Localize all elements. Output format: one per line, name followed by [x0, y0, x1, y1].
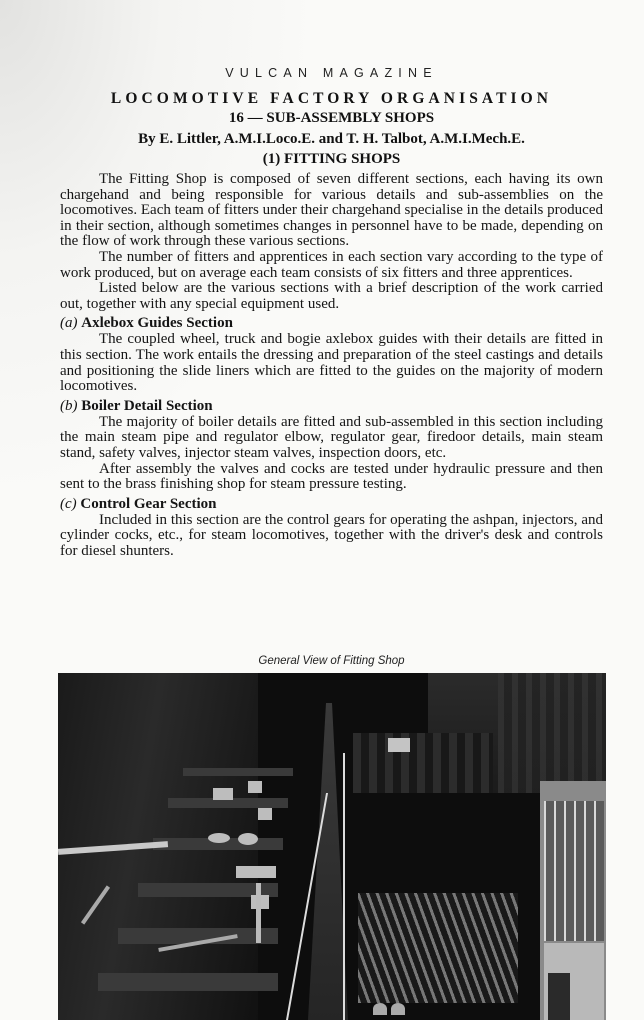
article-body: The Fitting Shop is composed of seven di… — [60, 172, 603, 559]
article-byline: By E. Littler, A.M.I.Loco.E. and T. H. T… — [60, 131, 603, 148]
subsection-name: Axlebox Guides Section — [81, 315, 233, 331]
subsection-heading-control-gear: (c) Control Gear Section — [60, 496, 603, 512]
figure-caption: General View of Fitting Shop — [60, 655, 603, 667]
subsection-paragraph: Included in this section are the control… — [60, 513, 603, 560]
section-heading: (1) FITTING SHOPS — [60, 151, 603, 168]
subsection-heading-axlebox: (a) Axlebox Guides Section — [60, 315, 603, 331]
subsection-letter: (b) — [60, 398, 78, 414]
subsection-paragraph: The coupled wheel, truck and bogie axleb… — [60, 332, 603, 394]
subsection-name: Control Gear Section — [80, 496, 216, 512]
subsection-paragraph: The majority of boiler details are fitte… — [60, 415, 603, 462]
intro-paragraph: The Fitting Shop is composed of seven di… — [60, 172, 603, 250]
intro-paragraph: Listed below are the various sections wi… — [60, 281, 603, 312]
subsection-paragraph: After assembly the valves and cocks are … — [60, 462, 603, 493]
intro-paragraph: The number of fitters and apprentices in… — [60, 250, 603, 281]
subsection-letter: (c) — [60, 496, 77, 512]
fitting-shop-photo — [58, 673, 606, 1020]
subsection-name: Boiler Detail Section — [81, 398, 212, 414]
article-title: LOCOMOTIVE FACTORY ORGANISATION — [60, 90, 603, 108]
article-subtitle: 16 — SUB-ASSEMBLY SHOPS — [60, 110, 603, 127]
subsection-letter: (a) — [60, 315, 78, 331]
subsection-heading-boiler: (b) Boiler Detail Section — [60, 398, 603, 414]
magazine-masthead: VULCAN MAGAZINE — [60, 66, 603, 80]
